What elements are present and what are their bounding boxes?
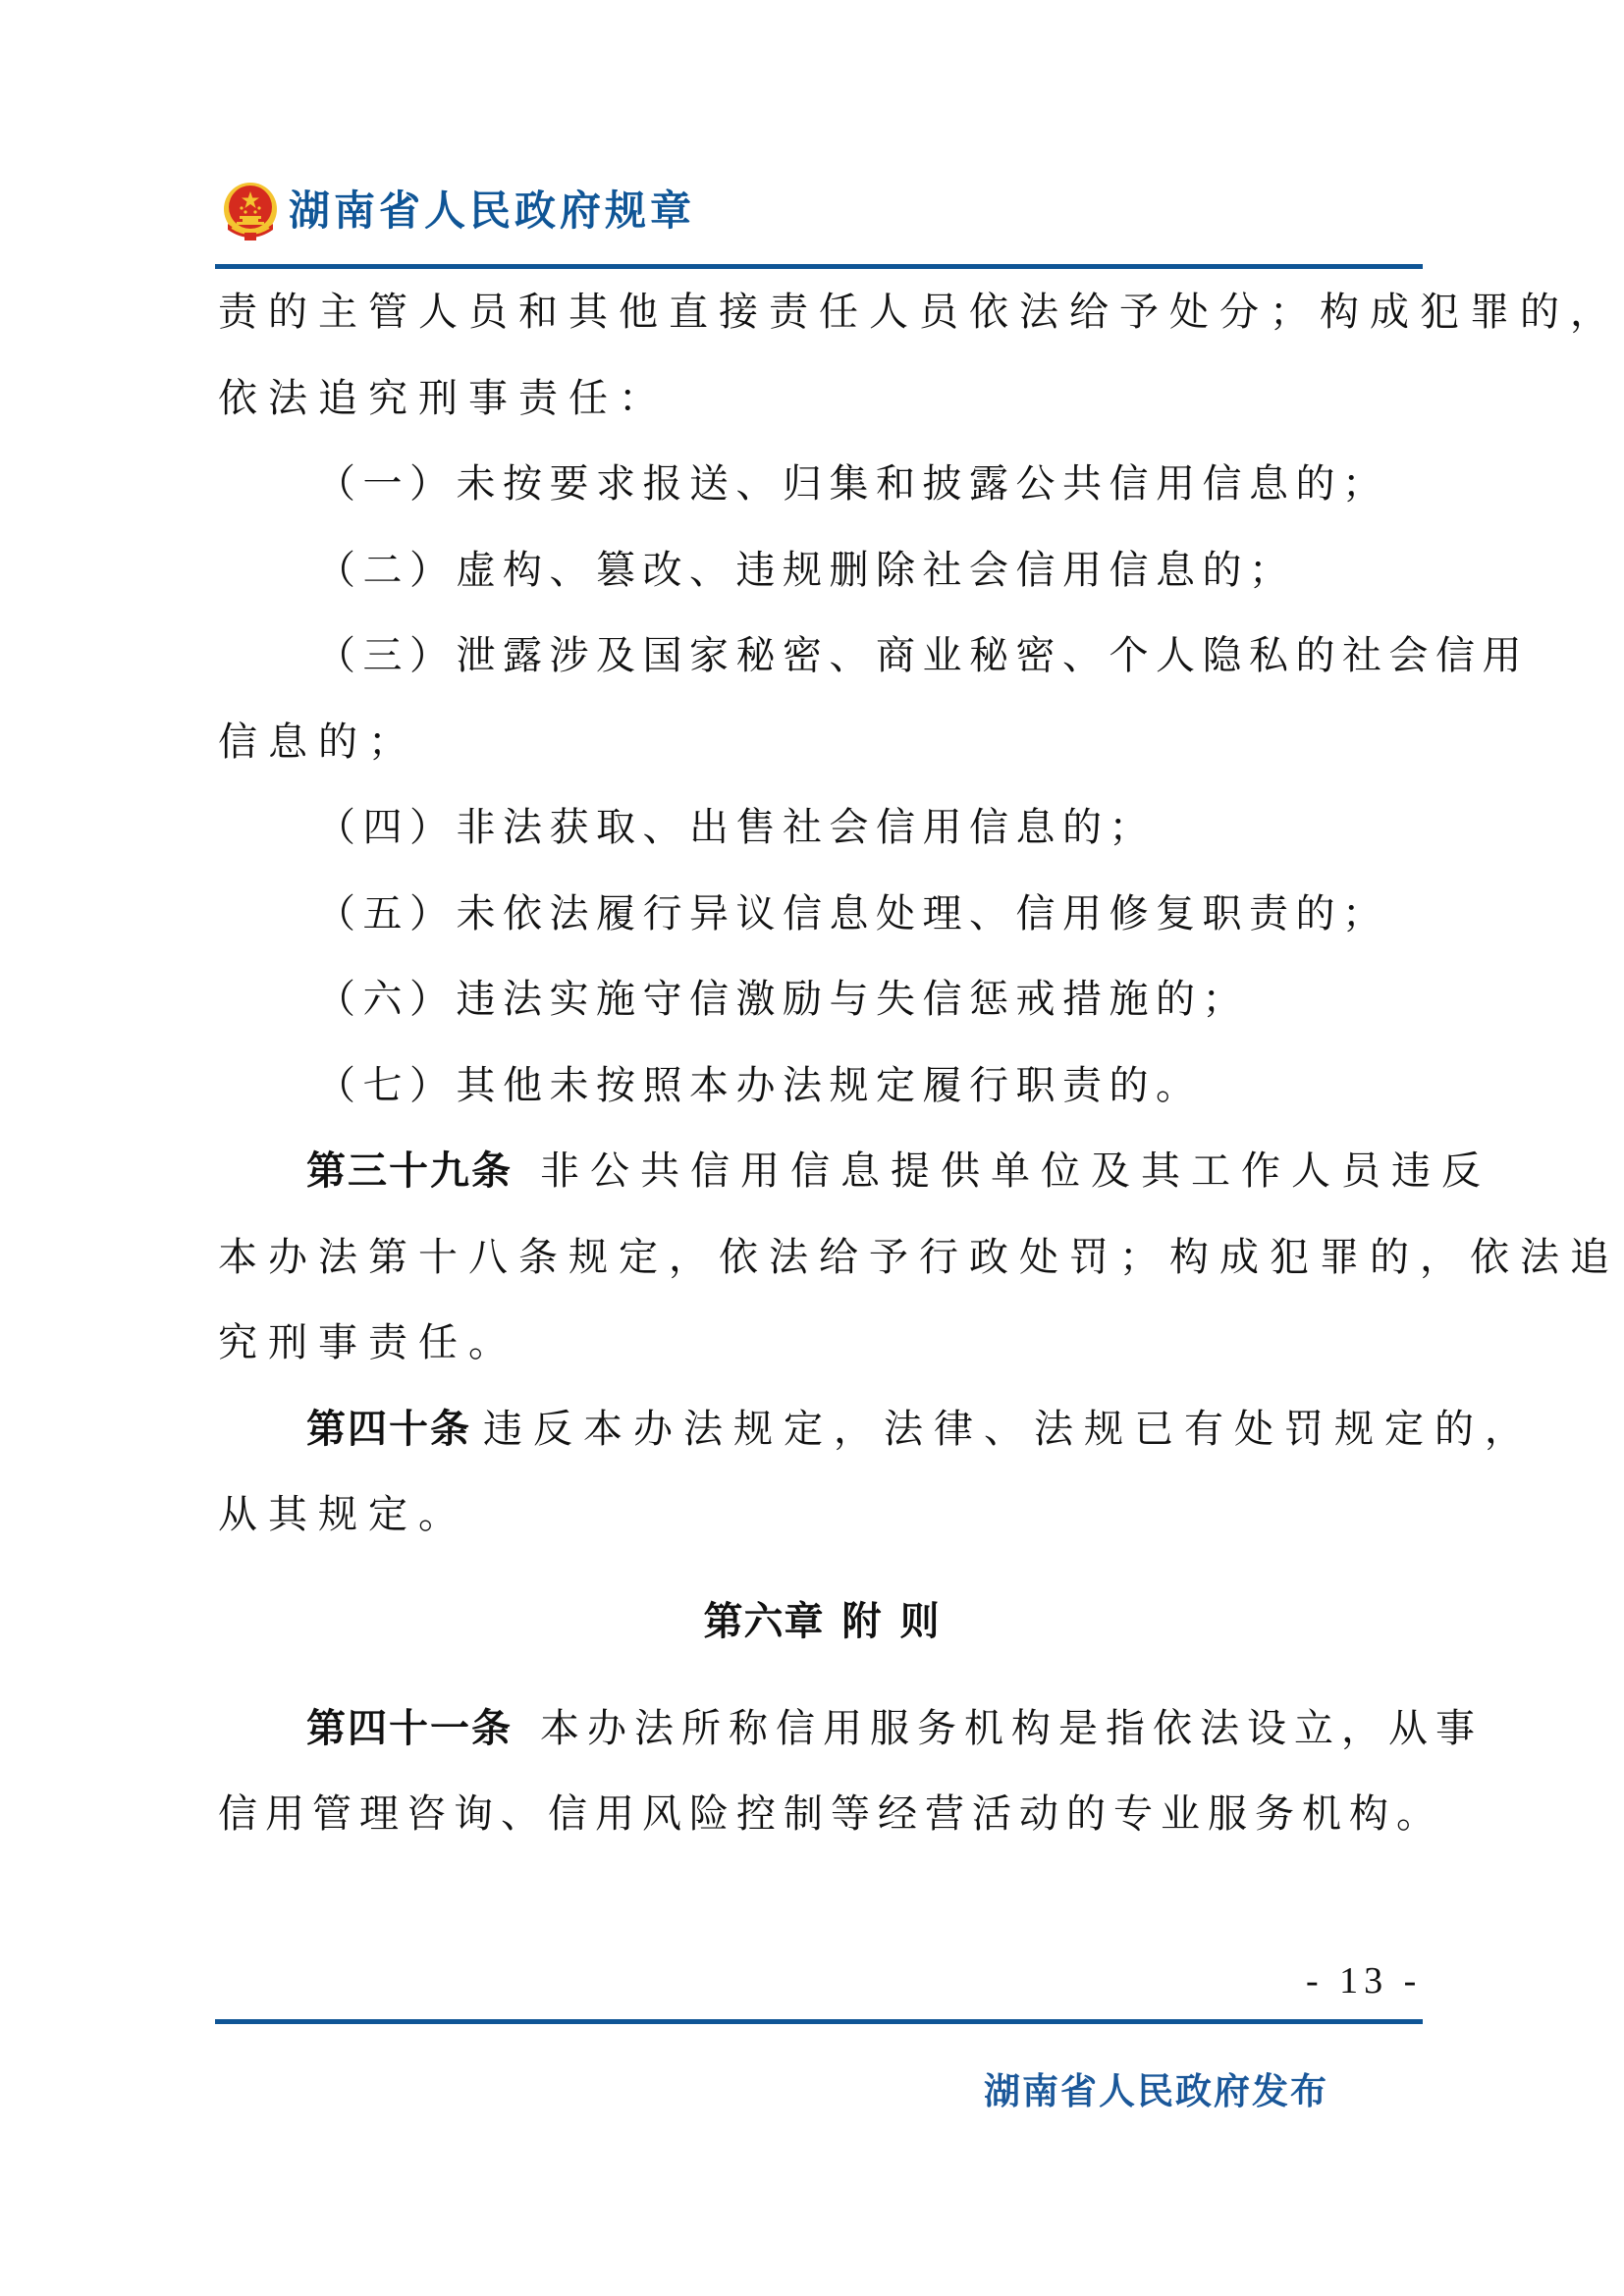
list-item: （六）违法实施守信激励与失信惩戒措施的； xyxy=(218,971,1426,1057)
article-label: 第三十九条 xyxy=(306,1148,513,1194)
article-label: 第四十条 xyxy=(306,1407,471,1452)
article-text: 非公共信用信息提供单位及其工作人员违反 xyxy=(540,1148,1491,1194)
paragraph-line: 责的主管人员和其他直接责任人员依法给予处分；构成犯罪的， xyxy=(218,284,1426,370)
chapter-title-b: 则 xyxy=(900,1599,941,1644)
national-emblem-icon xyxy=(218,179,283,243)
page-number: - 13 - xyxy=(1306,1959,1422,2002)
chapter-title-a: 附 xyxy=(842,1599,883,1644)
chapter-heading: 第六章附则 xyxy=(218,1573,1426,1700)
footer-divider xyxy=(215,2019,1423,2024)
document-body: 责的主管人员和其他直接责任人员依法给予处分；构成犯罪的， 依法追究刑事责任： （… xyxy=(218,284,1426,1872)
paragraph-line: 本办法第十八条规定，依法给予行政处罚；构成犯罪的，依法追 xyxy=(218,1229,1426,1315)
list-item: （二）虚构、篡改、违规删除社会信用信息的； xyxy=(218,542,1426,628)
list-item: （四）非法获取、出售社会信用信息的； xyxy=(218,799,1426,885)
list-item: （三）泄露涉及国家秘密、商业秘密、个人隐私的社会信用 xyxy=(218,627,1426,714)
list-item: （一）未按要求报送、归集和披露公共信用信息的； xyxy=(218,455,1426,542)
document-header: 湖南省人民政府规章 xyxy=(218,177,695,245)
header-title: 湖南省人民政府规章 xyxy=(289,190,695,232)
article-41: 第四十一条本办法所称信用服务机构是指依法设立，从事 xyxy=(218,1700,1426,1787)
chapter-number: 第六章 xyxy=(704,1599,825,1644)
list-item: （七）其他未按照本办法规定履行职责的。 xyxy=(218,1057,1426,1144)
list-item-continuation: 信息的； xyxy=(218,714,1426,800)
article-text: 违反本办法规定，法律、法规已有处罚规定的， xyxy=(483,1407,1535,1452)
footer-publisher: 湖南省人民政府发布 xyxy=(984,2061,1328,2114)
paragraph-line: 究刑事责任。 xyxy=(218,1314,1426,1401)
paragraph-line: 从其规定。 xyxy=(218,1486,1426,1573)
article-40: 第四十条违反本办法规定，法律、法规已有处罚规定的， xyxy=(218,1401,1426,1487)
article-39: 第三十九条非公共信用信息提供单位及其工作人员违反 xyxy=(218,1143,1426,1229)
paragraph-line: 信用管理咨询、信用风险控制等经营活动的专业服务机构。 xyxy=(218,1786,1426,1872)
list-item: （五）未依法履行异议信息处理、信用修复职责的； xyxy=(218,885,1426,972)
article-text: 本办法所称信用服务机构是指依法设立，从事 xyxy=(540,1706,1483,1751)
paragraph-line: 依法追究刑事责任： xyxy=(218,370,1426,456)
header-divider xyxy=(215,264,1423,269)
article-label: 第四十一条 xyxy=(306,1706,513,1751)
